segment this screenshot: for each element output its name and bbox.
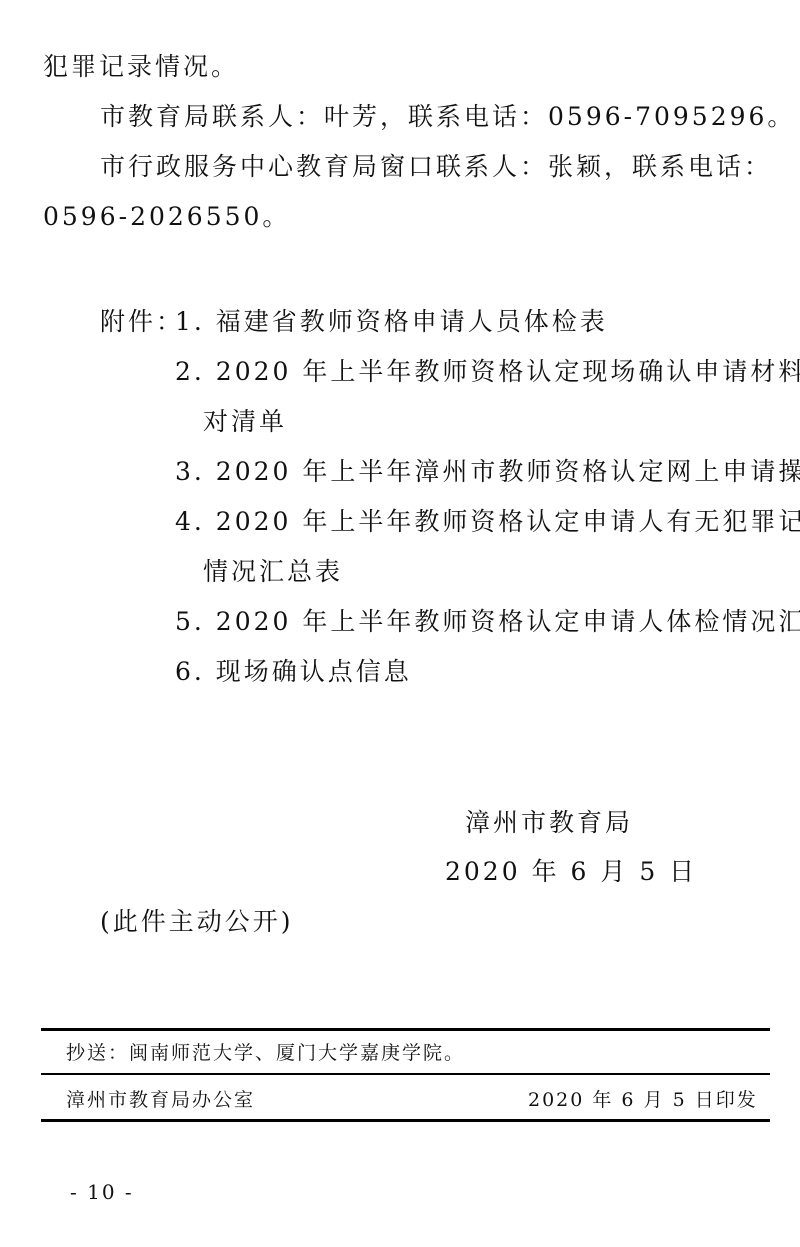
- footer-office: 漳州市教育局办公室: [66, 1088, 255, 1112]
- signature-date: 2020 年 6 月 5 日: [445, 857, 697, 887]
- signature-issuer: 漳州市教育局: [465, 808, 633, 838]
- footer-cc: 抄送：闽南师范大学、厦门大学嘉庚学院。: [66, 1041, 465, 1065]
- attachment-item-6: 6. 现场确认点信息: [175, 657, 412, 687]
- attachment-item-1: 1. 福建省教师资格申请人员体检表: [175, 307, 608, 337]
- attachment-item-2-cont: 对清单: [203, 407, 287, 437]
- footer-rule-bottom: [41, 1119, 770, 1122]
- attachment-item-4-cont: 情况汇总表: [203, 557, 343, 587]
- attachment-item-4: 4. 2020 年上半年教师资格认定申请人有无犯罪记录: [175, 507, 800, 537]
- attachment-item-2: 2. 2020 年上半年教师资格认定现场确认申请材料核: [175, 357, 800, 387]
- attachments-label: 附件：: [100, 307, 184, 337]
- body-contact-2-line-1: 市行政服务中心教育局窗口联系人：张颖，联系电话：: [100, 152, 772, 182]
- footer-rule-top: [41, 1028, 770, 1031]
- attachment-item-5: 5. 2020 年上半年教师资格认定申请人体检情况汇总表: [175, 607, 800, 637]
- page-number: - 10 -: [70, 1180, 134, 1204]
- attachment-item-3: 3. 2020 年上半年漳州市教师资格认定网上申请操作手册: [175, 457, 800, 487]
- disclosure-note: (此件主动公开): [100, 907, 294, 937]
- footer-print-date: 2020 年 6 月 5 日印发: [528, 1088, 758, 1112]
- body-contact-2-line-2: 0596-2026550。: [43, 202, 290, 232]
- body-contact-1: 市教育局联系人：叶芳，联系电话：0596-7095296。: [100, 102, 795, 132]
- body-continuation: 犯罪记录情况。: [43, 52, 239, 82]
- footer-rule-middle: [41, 1073, 770, 1075]
